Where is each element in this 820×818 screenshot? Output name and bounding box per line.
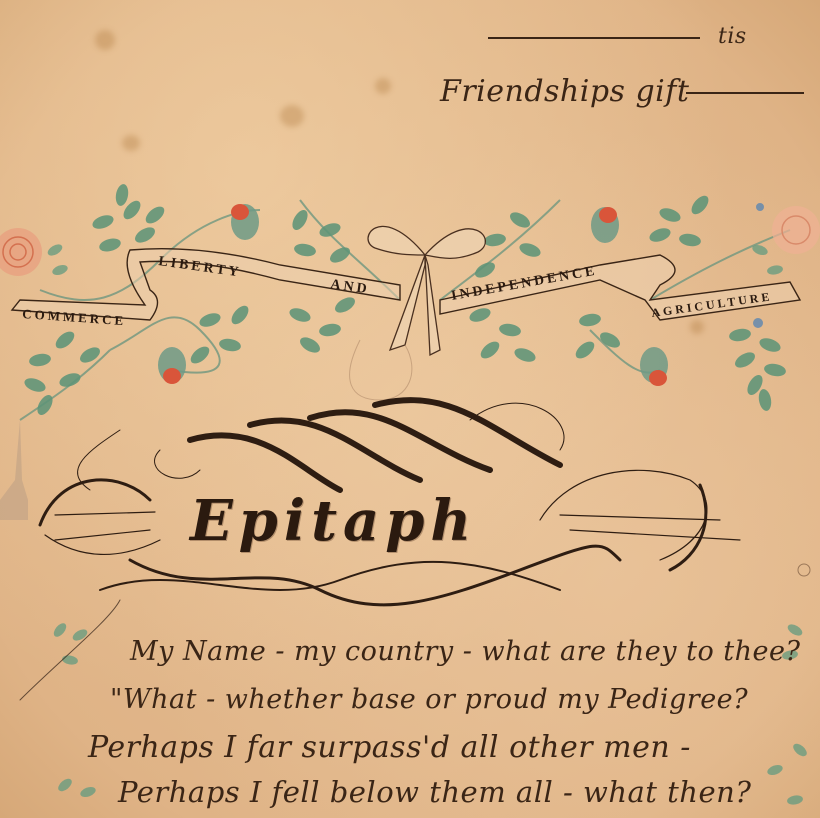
rose-bud xyxy=(640,347,668,386)
poem-line: Perhaps I fell below them all - what the… xyxy=(118,775,751,809)
rose-flower xyxy=(0,228,42,276)
rose-bud xyxy=(231,204,259,240)
rose-bud xyxy=(158,347,186,384)
spire-sketch xyxy=(0,420,28,520)
poem-line: My Name - my country - what are they to … xyxy=(130,636,800,667)
rose-flower xyxy=(772,206,820,254)
rose-bud xyxy=(591,207,619,243)
blue-bud xyxy=(756,203,764,211)
poem-line: "What - whether base or proud my Pedigre… xyxy=(110,684,748,715)
blue-bud xyxy=(753,318,763,328)
document-title: Epitaph xyxy=(190,488,477,554)
poem-line: Perhaps I far surpass'd all other men - xyxy=(88,730,691,765)
